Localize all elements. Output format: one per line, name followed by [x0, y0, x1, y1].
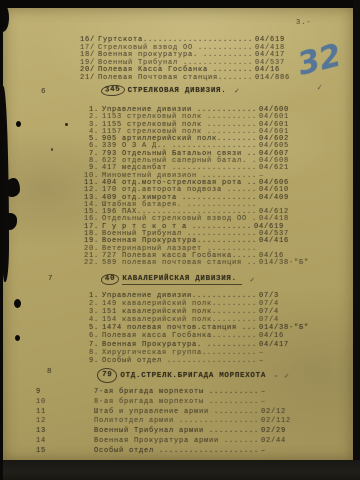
list-item: 17.Г у р т с к о т а ............04/619	[84, 223, 309, 230]
row-number: 13	[36, 427, 48, 435]
row-label: Военная Прокуратура. ..........	[102, 341, 257, 349]
row-staff-code: 02/12	[261, 408, 286, 416]
circled-unit-number: 345	[101, 84, 125, 97]
unit-list-continuation: 16/Гуртскота......................04/619…	[79, 36, 290, 82]
row-staff-code: 07/3	[259, 292, 279, 300]
row-staff-code: –	[259, 349, 264, 357]
list-item: 2.149 кавалерийский полк.........07/4	[84, 300, 309, 308]
row-number: 8.	[84, 349, 99, 357]
list-item: 6.Полевая касса Госбанка.........04/16	[84, 332, 309, 340]
list-item: 21/Полевая Почтовая станция.......014/88…	[79, 74, 290, 82]
row-number: 2.	[84, 300, 99, 308]
list-item: 9.417 медсанбат .................04/621	[84, 164, 309, 171]
margin-number: 8	[47, 368, 52, 376]
scan-border	[0, 0, 3, 480]
row-staff-code: –	[259, 357, 264, 365]
section-title: КАВАЛЕРИЙСКАЯ ДИВИЗИЯ.	[122, 275, 241, 285]
unit-list-army-units: 97-ая бригада морпехоты ..........–108-а…	[36, 388, 291, 457]
row-label: Особый отдел ..................	[102, 357, 257, 365]
list-item: 13.409 отд.химрота ...............04/409	[84, 194, 309, 201]
row-label: Военный Трибунал армии ..........	[94, 427, 259, 435]
section-title: ОТД.СТРЕЛК.БРИГАДА МОРПЕХОТА	[120, 372, 266, 380]
row-number: 1.	[84, 292, 99, 300]
scan-border	[0, 0, 360, 8]
torn-edge-hole	[5, 178, 20, 197]
row-label: Полевая касса Госбанка.........	[102, 332, 257, 340]
pencil-checkmark: ✓	[250, 275, 255, 285]
circled-unit-number: 79	[97, 367, 118, 383]
list-item: 20/Полевая Касса Госбанка ........04/16	[79, 66, 290, 74]
row-staff-code: 04/417	[259, 341, 289, 349]
row-staff-code: 07/4	[259, 300, 279, 308]
unit-list-345-division: 1.Управление дивизии ............04/6002…	[84, 106, 309, 267]
list-item: 15Особый отдел ....................–	[36, 447, 291, 457]
row-staff-code: 07/4	[259, 308, 279, 316]
row-staff-code: 014/38-"Б"	[259, 259, 309, 267]
row-number: 9.	[84, 357, 99, 365]
list-item: 7.793 Отдельный Батальон связи ..04/607	[84, 150, 309, 157]
scan-border	[0, 460, 360, 480]
row-number: 10	[36, 398, 48, 406]
margin-number: 7	[48, 275, 53, 283]
list-item: 11Штаб и управление армии .........02/12	[36, 408, 291, 418]
margin-number: 6	[41, 88, 46, 96]
scanned-document-page: 3.- 32 ✓ 16/Гуртскота...................…	[0, 0, 360, 480]
ink-spot	[15, 335, 20, 341]
row-number: 22.	[84, 259, 99, 267]
unit-list-40-division: 1.Управление дивизии.............07/32.1…	[84, 292, 309, 365]
row-number: 12	[36, 417, 48, 425]
row-number: 6.	[84, 332, 99, 340]
list-item: 14Военная Прокуратура армии .......02/44	[36, 437, 291, 447]
row-label: 8-ая бригада морпехоты ..........	[94, 398, 259, 406]
row-label: 149 кавалерийский полк.........	[102, 300, 257, 308]
row-staff-code: 02/112	[261, 417, 291, 425]
page-number: 3.-	[296, 19, 312, 27]
list-item: 16.Отдельный стрелковый взвод ОО .04/418	[84, 215, 309, 222]
ink-spot	[14, 299, 21, 308]
list-item: 9.Особый отдел ..................–	[84, 357, 309, 365]
list-item: 20.Ветеринарный лазарет ..........	[84, 245, 309, 252]
row-number: 21/	[79, 74, 95, 82]
list-item: 108-ая бригада морпехоты ..........–	[36, 398, 291, 408]
list-item: 10.Минометный дивизион ...........–	[84, 172, 309, 179]
row-number: 3.	[84, 308, 99, 316]
list-item: 18/Военная прокуратура. ..........04/417	[79, 51, 290, 59]
row-label: 589 полевая почтовая станция ..	[102, 259, 257, 267]
list-item: 19.Военная Прокуратура............04/416	[84, 237, 309, 244]
row-label: Особый отдел ....................	[94, 447, 259, 455]
row-staff-code: –	[261, 447, 266, 455]
row-label: Военная Прокуратура армии .......	[94, 437, 259, 445]
section-header-345-rifle-division: 345 СТРЕЛКОВАЯ ДИВИЗИЯ. ✓	[101, 85, 240, 96]
pencil-checkmark: ✓	[316, 83, 322, 94]
row-number: 7.	[84, 341, 99, 349]
row-staff-code: 04/16	[259, 332, 284, 340]
row-number: 15	[36, 447, 48, 455]
circled-unit-number: 40	[101, 273, 120, 285]
row-label: Хирургическая группа...........	[102, 349, 257, 357]
row-label: 151 кавалерийский полк.........	[102, 308, 257, 316]
row-staff-code: –	[261, 388, 266, 396]
list-item: 12.170 отд.авторота подвоза ......04/610	[84, 186, 309, 193]
ink-spot	[51, 148, 53, 151]
scan-border	[353, 0, 360, 480]
row-label: Штаб и управление армии .........	[94, 408, 259, 416]
row-staff-code: 02/44	[261, 437, 286, 445]
list-item: 6.339 О З А Д.. .................04/605	[84, 142, 309, 149]
row-staff-code: –	[261, 398, 266, 406]
list-item: 12Политотдел армии ................02/11…	[36, 417, 291, 427]
row-staff-code: 014/886	[255, 74, 290, 82]
row-number: 11	[36, 408, 48, 416]
pencil-checkmark: ✓	[234, 86, 239, 96]
row-label: 7-ая бригада морпехоты ..........	[94, 388, 259, 396]
ink-spot	[65, 123, 68, 126]
list-item: 97-ая бригада морпехоты ..........–	[36, 388, 291, 398]
row-label: Политотдел армии ................	[94, 417, 259, 425]
list-item: 22.589 полевая почтовая станция ..014/38…	[84, 259, 309, 266]
list-item: 3.1155 стрелковый полк ..........04/601	[84, 121, 309, 128]
list-item: 16/Гуртскота......................04/619	[79, 36, 290, 44]
row-staff-code: 02/29	[261, 427, 286, 435]
list-item: 8.Хирургическая группа...........–	[84, 349, 309, 357]
row-label: Управление дивизии.............	[102, 292, 257, 300]
row-number: 14	[36, 437, 48, 445]
list-item: 7.Военная Прокуратура. ..........04/417	[84, 341, 309, 349]
section-title: СТРЕЛКОВАЯ ДИВИЗИЯ.	[128, 87, 227, 95]
list-item: 1.Управление дивизии.............07/3	[84, 292, 309, 300]
ink-spot	[16, 121, 21, 127]
section-header-79-naval-brigade: 79 ОТД.СТРЕЛК.БРИГАДА МОРПЕХОТА - ✓	[97, 368, 290, 383]
list-item: 13Военный Трибунал армии ..........02/29	[36, 427, 291, 437]
section-header-40-cavalry-division: 40 КАВАЛЕРИЙСКАЯ ДИВИЗИЯ. ✓	[101, 274, 255, 285]
row-number: 9	[36, 388, 48, 396]
pencil-checkmark: - ✓	[274, 371, 290, 381]
row-label: Полевая Почтовая станция.......	[98, 74, 253, 82]
list-item: 2.1153 стрелковый полк ..........04/601	[84, 113, 309, 120]
